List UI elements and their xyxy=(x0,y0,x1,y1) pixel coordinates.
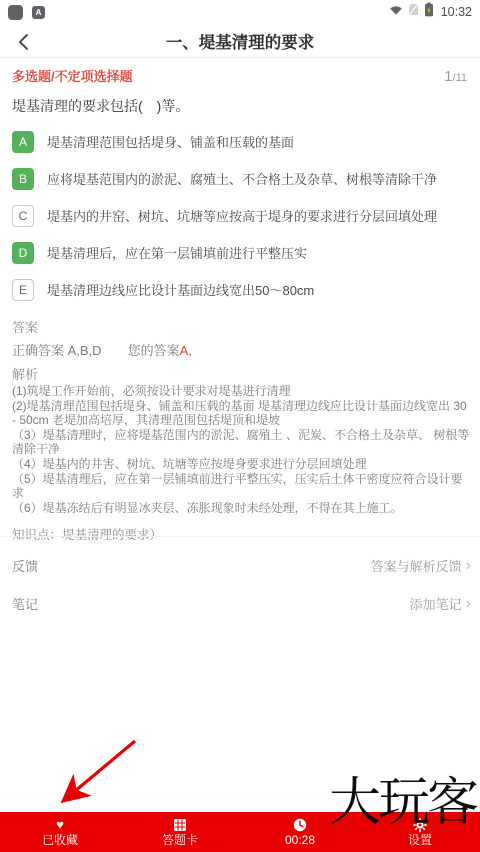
feedback-link[interactable]: 答案与解析反馈 › xyxy=(371,556,471,575)
option-d[interactable]: D 堤基清理后，应在第一层铺填前进行平整压实 xyxy=(12,242,468,264)
bottom-toolbar: ♥ 已收藏 答题卡 00:28 设置 xyxy=(0,812,480,852)
add-note-link[interactable]: 添加笔记 › xyxy=(410,594,471,613)
page-title: 一、堤基清理的要求 xyxy=(60,24,420,57)
favorite-label: 已收藏 xyxy=(42,834,78,847)
analysis-line: (1)筑堤工作开始前，必须按设计要求对堤基进行清理 xyxy=(12,384,471,399)
status-bar: A 10:32 xyxy=(0,0,480,24)
chevron-right-icon: › xyxy=(466,597,471,610)
option-a-badge: A xyxy=(12,131,34,153)
option-d-badge: D xyxy=(12,242,34,264)
question-stem: 堤基清理的要求包括( )等。 xyxy=(12,97,468,116)
analysis-line: （4）堤基内的井害、树坑、坑塘等应按堤身要求进行分层回填处理 xyxy=(12,457,471,472)
no-sim-icon xyxy=(408,3,419,21)
option-a-text: 堤基清理范围包括堤身、铺盖和压载的基面 xyxy=(47,134,294,151)
correct-answer-text: 正确答案 A,B,D xyxy=(12,343,102,358)
section-divider xyxy=(0,536,480,537)
your-answer-value: A, xyxy=(180,343,192,358)
option-e-badge: E xyxy=(12,279,34,301)
question-progress: 1/11 xyxy=(444,68,467,86)
analysis-body: (1)筑堤工作开始前，必须按设计要求对堤基进行清理 (2)堤基清理范围包括堤身、… xyxy=(12,384,471,543)
option-e[interactable]: E 堤基清理边线应比设计基面边线宽出50～80cm xyxy=(12,279,468,301)
note-label: 笔记 xyxy=(12,594,38,613)
option-d-text: 堤基清理后，应在第一层铺填前进行平整压实 xyxy=(47,245,307,262)
analysis-line: （5）堤基清理后，应在第一层铺填前进行平整压实，压实后土体干密度应符合设计要求 xyxy=(12,472,471,501)
option-c-badge: C xyxy=(12,205,34,227)
option-a[interactable]: A 堤基清理范围包括堤身、铺盖和压载的基面 xyxy=(12,131,468,153)
battery-charging-icon xyxy=(424,2,434,22)
option-c-text: 堤基内的井窑、树坑、坑塘等应按高于堤身的要求进行分层回填处理 xyxy=(47,208,437,225)
chevron-left-icon xyxy=(18,33,29,51)
option-b-text: 应将堤基范围内的淤泥、腐殖土、不合格土及杂草、树根等清除干净 xyxy=(47,171,437,188)
back-button[interactable] xyxy=(10,29,36,55)
question-index: 1 xyxy=(444,68,452,85)
title-bar: 一、堤基清理的要求 xyxy=(0,24,480,58)
answer-card-icon xyxy=(173,817,187,832)
answer-card-label: 答题卡 xyxy=(162,834,198,847)
feedback-link-text: 答案与解析反馈 xyxy=(371,556,462,575)
timer-button[interactable]: 00:28 xyxy=(240,812,360,852)
chevron-right-icon: › xyxy=(466,559,471,572)
option-b[interactable]: B 应将堤基范围内的淤泥、腐殖土、不合格土及杂草、树根等清除干净 xyxy=(12,168,468,190)
analysis-line: (2)堤基清理范围包括堤身、铺盖和压载的基面 堤基清理边线应比设计基面边线宽出 … xyxy=(12,399,471,428)
settings-button[interactable]: 设置 xyxy=(360,812,480,852)
note-row: 笔记 添加笔记 › xyxy=(12,593,471,613)
answer-line: 正确答案 A,B,D您的答案A, xyxy=(12,340,192,359)
add-note-link-text: 添加笔记 xyxy=(410,594,462,613)
gear-icon xyxy=(413,817,427,832)
timer-icon xyxy=(293,817,307,832)
annotation-arrow xyxy=(40,728,150,813)
analysis-line: （6）堤基冻结后有明显冰夹层、冻胀现象时未经处理，不得在其上施工。 xyxy=(12,501,471,516)
option-e-text: 堤基清理边线应比设计基面边线宽出50～80cm xyxy=(47,282,314,299)
your-answer-label: 您的答案 xyxy=(128,343,180,358)
analysis-section-label: 解析 xyxy=(12,364,38,383)
option-list: A 堤基清理范围包括堤身、铺盖和压载的基面 B 应将堤基范围内的淤泥、腐殖土、不… xyxy=(12,131,468,316)
analysis-line: （3）堤基清理时，应将堤基范围内的淤泥、腐殖土 、泥炭、不合格土及杂草、 树根等… xyxy=(12,428,471,457)
question-total: /11 xyxy=(453,72,467,84)
settings-label: 设置 xyxy=(408,834,432,847)
feedback-row: 反馈 答案与解析反馈 › xyxy=(12,555,471,575)
wifi-icon xyxy=(389,3,403,21)
answer-card-button[interactable]: 答题卡 xyxy=(120,812,240,852)
heart-icon: ♥ xyxy=(56,817,64,832)
favorite-button[interactable]: ♥ 已收藏 xyxy=(0,812,120,852)
option-c[interactable]: C 堤基内的井窑、树坑、坑塘等应按高于堤身的要求进行分层回填处理 xyxy=(12,205,468,227)
option-b-badge: B xyxy=(12,168,34,190)
timer-label: 00:28 xyxy=(285,834,315,847)
question-meta-row: 多选题/不定项选择题 1/11 xyxy=(12,66,467,86)
answer-section-label: 答案 xyxy=(12,317,38,336)
notification-app-icon xyxy=(8,5,23,20)
notification-letter-a-icon: A xyxy=(32,6,45,19)
question-type-label: 多选题/不定项选择题 xyxy=(12,66,133,85)
status-time: 10:32 xyxy=(441,5,472,19)
feedback-label: 反馈 xyxy=(12,556,38,575)
